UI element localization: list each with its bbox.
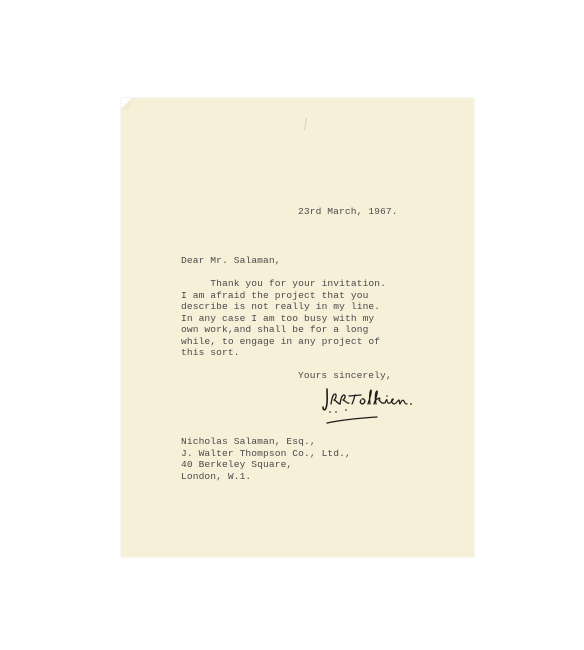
recipient-address: Nicholas Salaman, Esq.,J. Walter Thompso… [181, 436, 351, 482]
salutation: Dear Mr. Salaman, [181, 255, 281, 267]
body-line: describe is not really in my line. [181, 301, 386, 313]
body-line: own work,and shall be for a long [181, 324, 386, 336]
folded-corner [121, 98, 131, 110]
body-line: this sort. [181, 347, 386, 359]
body-line: Thank you for your invitation. [181, 278, 386, 290]
letter-date: 23rd March, 1967. [298, 206, 398, 218]
address-line: 40 Berkeley Square, [181, 459, 351, 471]
handwritten-signature [321, 386, 451, 426]
body-line: while, to engage in any project of [181, 336, 386, 348]
letter-body: Thank you for your invitation.I am afrai… [181, 278, 386, 359]
closing: Yours sincerely, [298, 370, 392, 382]
body-line: In any case I am too busy with my [181, 313, 386, 325]
address-line: London, W.1. [181, 471, 351, 483]
letter-paper: 23rd March, 1967. Dear Mr. Salaman, Than… [121, 98, 474, 557]
body-line: I am afraid the project that you [181, 290, 386, 302]
address-line: J. Walter Thompson Co., Ltd., [181, 448, 351, 460]
pencil-mark [304, 118, 311, 130]
address-line: Nicholas Salaman, Esq., [181, 436, 351, 448]
